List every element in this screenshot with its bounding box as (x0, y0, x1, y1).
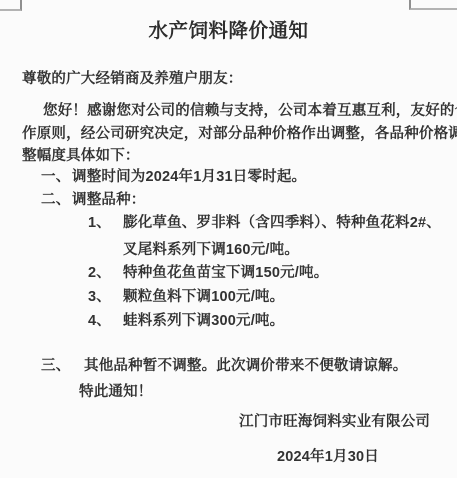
signature-company: 江门市旺海饲料实业有限公司 (239, 414, 430, 430)
intro-line-1: 您好！感谢您对公司的信赖与支持，公司本着互惠互利，友好的合 (43, 103, 457, 119)
item-3-text: 其他品种暂不调整。此次调价带来不便敬请谅解。 (84, 358, 407, 374)
item-3-number: 三、 (41, 358, 70, 374)
salutation: 尊敬的广大经销商及养殖户朋友： (22, 71, 243, 87)
crop-corner-left (0, 0, 22, 11)
notice-title: 水产饲料降价通知 (0, 15, 457, 43)
sub-item-1-text-line-1: 膨化草鱼、罗非料（含四季料）、特种鱼花料2#、 (123, 215, 441, 231)
item-2-number: 二、 (41, 192, 70, 208)
sub-item-1-text-line-2: 叉尾料系列下调160元/吨。 (123, 242, 299, 258)
intro-line-2: 作原则，经公司研究决定，对部分品种价格作出调整，各品种价格调 (22, 126, 457, 142)
sub-item-3-text: 颗粒鱼料下调100元/吨。 (123, 289, 284, 305)
item-1-text: 调整时间为2024年1月31日零时起。 (72, 169, 306, 185)
sub-item-2-number: 2、 (88, 265, 111, 281)
crop-corner-right (409, 0, 457, 10)
closing-statement: 特此通知！ (79, 384, 153, 400)
intro-line-3: 整幅度具体如下： (22, 148, 140, 164)
sub-item-2-text: 特种鱼花鱼苗宝下调150元/吨。 (123, 265, 328, 281)
sub-item-3-number: 3、 (88, 289, 111, 305)
signature-date: 2024年1月30日 (277, 449, 379, 465)
sub-item-4-text: 蛙料系列下调300元/吨。 (123, 313, 284, 329)
sub-item-1-number: 1、 (88, 215, 111, 231)
item-2-text: 调整品种： (72, 192, 146, 208)
sub-item-4-number: 4、 (88, 313, 111, 329)
item-1-number: 一、 (41, 169, 70, 185)
notice-document: 水产饲料降价通知 尊敬的广大经销商及养殖户朋友： 您好！感谢您对公司的信赖与支持… (0, 0, 457, 478)
